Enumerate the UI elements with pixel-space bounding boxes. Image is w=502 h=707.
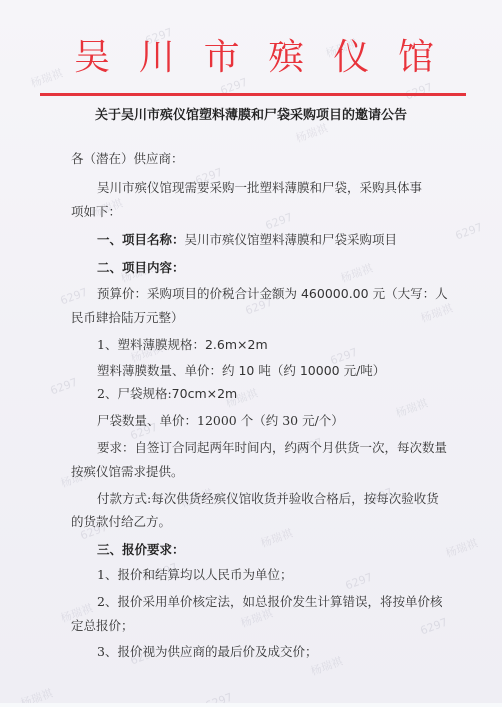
quote-requirement-1: 1、报价和结算均以人民币为单位； [97,566,457,583]
budget-amount: 460000.00 [301,286,369,301]
section-1-project-name: 一、项目名称：吴川市殡仪馆塑料薄膜和尸袋采购项目 [97,231,457,248]
item-1-qty-text: 吨（约 [254,363,299,378]
payment-line2: 的货款付给乙方。 [71,513,431,530]
item-2-quantity: 尸袋数量、单价：12000 个（约 30 元/个） [97,412,457,429]
requirement-line2: 按殡仪馆需求提供。 [71,463,431,480]
quote-requirement-2-line1: 2、报价采用单价核定法，如总报价发生计算错误，将按单价核 [97,593,457,610]
letterhead-red-rule [40,93,466,96]
item-2-label: 2、尸袋规格: [97,386,172,401]
payment-line1: 付款方式:每次供货经殡仪馆收货并验收合格后，按每次验收货 [97,490,457,507]
item-2-spec: 2、尸袋规格:70cm×2m [97,385,457,402]
section-2-heading: 二、项目内容： [97,259,457,276]
letterhead-char: 吴 [74,36,110,80]
section-1-text: 吴川市殡仪馆塑料薄膜和尸袋采购项目 [185,232,398,247]
letterhead-organization-name: 吴 川 市 殡 仪 馆 [74,36,434,80]
watermark: 6297 [49,376,80,398]
letterhead-char: 仪 [333,36,369,80]
letterhead-char: 馆 [398,36,434,80]
budget-uppercase-start: 元（大写：人 [369,286,448,301]
section-3-heading: 三、报价要求： [97,541,457,558]
watermark: 6297 [59,286,90,308]
item-1-qty-label: 塑料薄膜数量、单价：约 [97,363,238,378]
item-2-spec-value: 70cm×2m [172,386,238,401]
watermark: 6297 [404,81,435,103]
requirement-line1: 要求：自签订合同起两年时间内，约两个月供货一次，每次数量 [97,439,457,456]
item-1-spec: 1、塑料薄膜规格：2.6m×2m [97,336,457,353]
quote-requirement-3: 3、报价视为供应商的最后价及成交价； [97,643,457,660]
watermark: 6297 [454,221,485,243]
watermark: 杨瑞祺 [28,65,64,91]
item-1-unit-price: 10000 [300,363,340,378]
letterhead-char: 市 [204,36,240,80]
letterhead-char: 川 [139,36,175,80]
budget-line1: 预算价：采购项目的价税合计金额为 460000.00 元（大写：人 [97,285,457,302]
budget-line2: 民币肆拾陆万元整） [71,309,431,326]
item-1-spec-value: 2.6m×2m [205,337,268,352]
item-1-qty-tons: 10 [238,363,254,378]
intro-paragraph-line1: 吴川市殡仪馆现需要采购一批塑料薄膜和尸袋，采购具体事 [97,179,457,196]
item-1-unit: 元/吨） [340,363,386,378]
salutation: 各（潜在）供应商： [71,150,431,167]
section-1-heading: 一、项目名称： [97,232,185,247]
item-1-label: 1、塑料薄膜规格： [97,337,205,352]
document-title: 关于吴川市殡仪馆塑料薄膜和尸袋采购项目的邀请公告 [0,107,502,125]
intro-paragraph-line2: 项如下： [71,203,431,220]
letterhead-char: 殡 [268,36,304,80]
page-bottom-edge [0,703,502,707]
quote-requirement-2-line2: 定总报价； [71,617,431,634]
item-1-quantity: 塑料薄膜数量、单价：约 10 吨（约 10000 元/吨） [97,362,457,379]
budget-label: 预算价：采购项目的价税合计金额为 [97,286,301,301]
document-page: 6297 杨瑞祺 6297 杨瑞祺 6297 杨瑞祺 6297 杨瑞祺 6297… [0,0,502,703]
